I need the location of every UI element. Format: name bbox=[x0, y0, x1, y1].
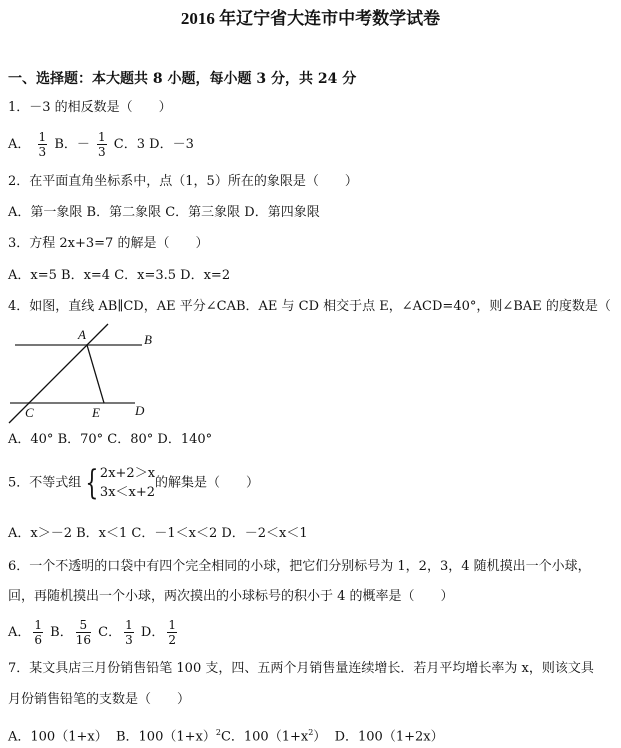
segment-ae bbox=[87, 345, 104, 403]
fraction-d: 12 bbox=[167, 619, 177, 646]
label-e: E bbox=[91, 405, 100, 420]
question-3-options: A．x=5 B．x=4 C．x=3.5 D．x=2 bbox=[8, 268, 230, 284]
question-5-stem: 5．不等式组{2x+2＞x3x＜x+2的解集是（ ） bbox=[8, 464, 259, 502]
question-1-options: A． 1 3 B．－ 1 3 C．3 D．－3 bbox=[8, 131, 194, 158]
label-c: C bbox=[25, 405, 34, 420]
question-4-options: A．40° B．70° C．80° D．140° bbox=[8, 432, 212, 448]
option-c: C．3 bbox=[114, 137, 145, 152]
question-4-stem: 4．如图，直线 AB∥CD，AE 平分∠CAB．AE 与 CD 相交于点 E，∠… bbox=[8, 299, 611, 315]
fraction-b: 516 bbox=[76, 619, 91, 646]
label-b: B bbox=[144, 332, 152, 347]
question-5-options: A．x＞－2 B．x＜1 C．－1＜x＜2 D．－2＜x＜1 bbox=[8, 526, 308, 542]
fraction-one-third: 1 3 bbox=[38, 131, 48, 158]
section-heading: 一、选择题：本大题共 8 小题，每小题 3 分，共 24 分 bbox=[8, 68, 356, 88]
question-6-stem-line-2: 回，再随机摸出一个小球，两次摸出的小球标号的积小于 4 的概率是（ ） bbox=[8, 589, 454, 605]
fraction-neg-one-third: 1 3 bbox=[97, 131, 107, 158]
fraction-a: 16 bbox=[33, 619, 43, 646]
geometry-figure: A B C E D bbox=[0, 320, 200, 425]
option-a-label: A． bbox=[8, 137, 30, 152]
inequality-system: {2x+2＞x3x＜x+2 bbox=[81, 464, 155, 502]
question-7-stem-line-1: 7．某文具店三月份销售铅笔 100 支，四、五两个月销售量连续增长．若月平均增长… bbox=[8, 661, 594, 677]
question-6-stem-line-1: 6．一个不透明的口袋中有四个完全相同的小球，把它们分别标号为 1，2，3，4 随… bbox=[8, 559, 591, 575]
question-2-stem: 2．在平面直角坐标系中，点（1，5）所在的象限是（ ） bbox=[8, 174, 358, 190]
question-1-stem: 1．－3 的相反数是（ ） bbox=[8, 100, 172, 116]
label-d: D bbox=[134, 403, 145, 418]
question-6-options: A．16 B．516 C．13 D．12 bbox=[8, 619, 180, 646]
label-a: A bbox=[77, 327, 86, 342]
question-2-options: A．第一象限 B．第二象限 C．第三象限 D．第四象限 bbox=[8, 205, 320, 221]
option-b-label: B．－ bbox=[54, 137, 90, 152]
option-d: D．－3 bbox=[149, 137, 194, 152]
brace-icon: { bbox=[86, 466, 99, 500]
question-7-options: A．100（1+x） B．100（1+x）2C．100（1+x2） D．100（… bbox=[8, 725, 444, 745]
question-3-stem: 3．方程 2x+3=7 的解是（ ） bbox=[8, 236, 208, 252]
fraction-c: 13 bbox=[124, 619, 134, 646]
page-title: 2016 年辽宁省大连市中考数学试卷 bbox=[0, 4, 621, 29]
question-7-stem-line-2: 月份销售铅笔的支数是（ ） bbox=[8, 692, 190, 708]
